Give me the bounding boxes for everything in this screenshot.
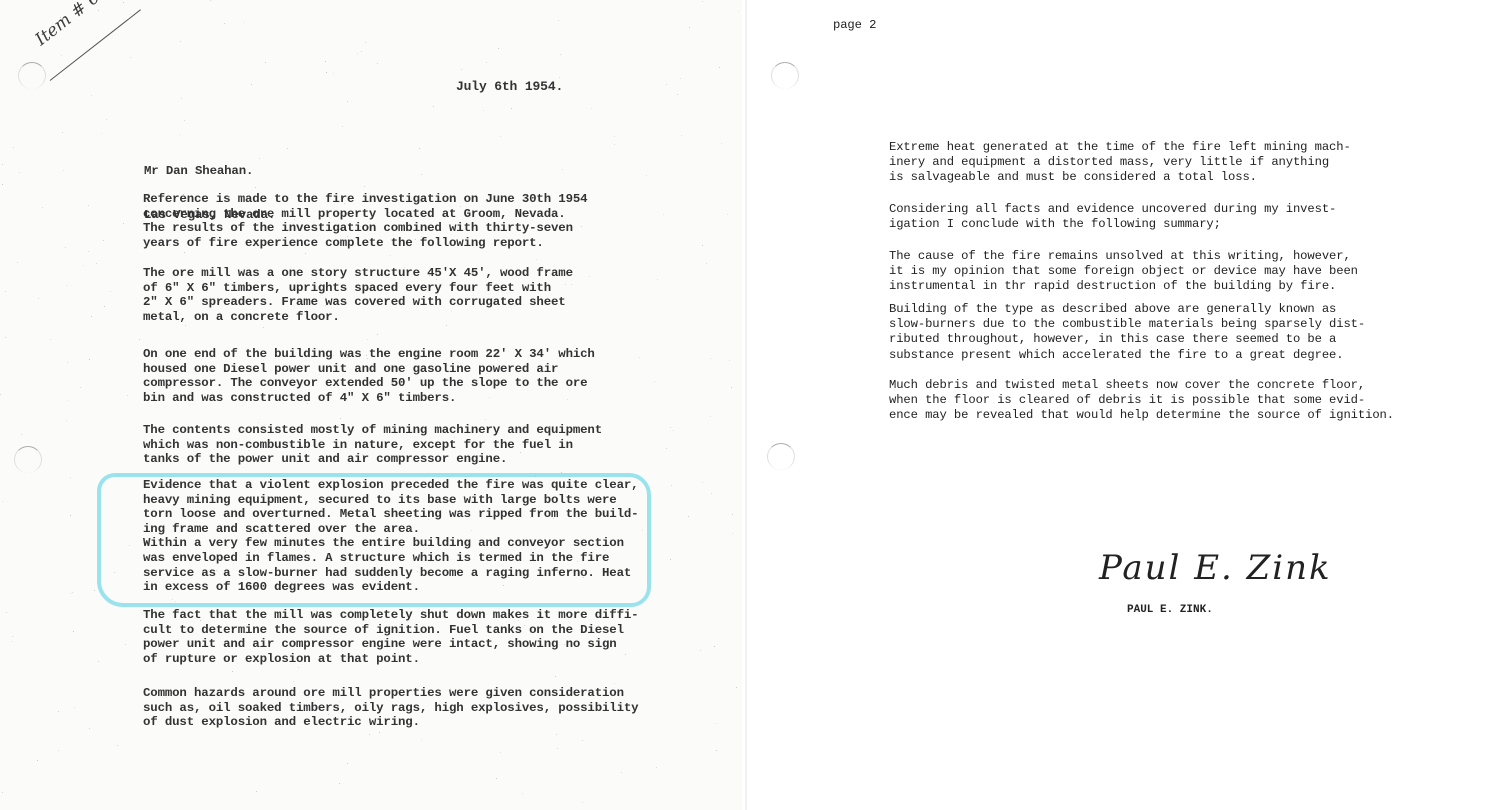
photocopy-speck <box>736 687 737 688</box>
photocopy-speck <box>370 512 371 513</box>
photocopy-speck <box>522 793 523 794</box>
photocopy-speck <box>364 186 365 187</box>
photocopy-speck <box>681 135 682 136</box>
photocopy-speck <box>518 620 519 621</box>
photocopy-speck <box>535 476 536 477</box>
photocopy-speck <box>451 311 452 312</box>
text-line: of dust explosion and electric wiring. <box>143 715 638 730</box>
photocopy-speck <box>721 143 722 144</box>
photocopy-speck <box>714 646 715 647</box>
photocopy-speck <box>357 53 358 54</box>
text-line: metal, on a concrete floor. <box>143 310 573 325</box>
photocopy-speck <box>180 41 181 42</box>
letter-page-1: Item # 6 July 6th 1954. Mr Dan Sheahan. … <box>0 0 742 810</box>
photocopy-speck <box>189 498 190 499</box>
photocopy-speck <box>263 327 264 328</box>
photocopy-speck <box>367 339 368 340</box>
handwritten-item-note: Item # 6 <box>32 0 104 50</box>
photocopy-speck <box>173 544 174 545</box>
photocopy-speck <box>492 570 493 571</box>
photocopy-speck <box>125 644 126 645</box>
photocopy-speck <box>177 585 178 586</box>
photocopy-speck <box>556 734 557 735</box>
photocopy-speck <box>265 62 266 63</box>
photocopy-speck <box>577 561 578 562</box>
photocopy-speck <box>558 20 559 21</box>
photocopy-speck <box>170 239 171 240</box>
photocopy-speck <box>673 430 674 431</box>
photocopy-speck <box>61 55 62 56</box>
photocopy-speck <box>66 420 67 421</box>
photocopy-speck <box>340 418 341 419</box>
text-line: 2" X 6" spreaders. Frame was covered wit… <box>143 295 573 310</box>
photocopy-speck <box>210 0 211 1</box>
photocopy-speck <box>80 387 81 388</box>
typed-signature-name: PAUL E. ZINK. <box>1127 604 1213 616</box>
text-line: ence may be revealed that would help det… <box>889 408 1394 423</box>
photocopy-speck <box>184 252 185 253</box>
photocopy-speck <box>560 54 561 55</box>
photocopy-speck <box>204 285 205 286</box>
photocopy-speck <box>103 240 104 241</box>
photocopy-speck <box>485 419 486 420</box>
photocopy-speck <box>259 158 260 159</box>
photocopy-speck <box>410 528 411 529</box>
photocopy-speck <box>70 477 71 478</box>
photocopy-speck <box>496 778 497 779</box>
photocopy-speck <box>414 394 415 395</box>
photocopy-speck <box>70 593 71 594</box>
photocopy-speck <box>719 67 720 68</box>
paragraph: Common hazards around ore mill propertie… <box>143 686 638 730</box>
photocopy-speck <box>347 357 348 358</box>
photocopy-speck <box>508 481 509 482</box>
photocopy-speck <box>421 236 422 237</box>
photocopy-speck <box>91 316 92 317</box>
photocopy-speck <box>347 101 348 102</box>
text-line: substance present which accelerated the … <box>889 348 1365 363</box>
photocopy-speck <box>671 485 672 486</box>
photocopy-speck <box>214 501 215 502</box>
photocopy-speck <box>702 245 703 246</box>
photocopy-speck <box>347 763 348 764</box>
photocopy-speck <box>307 403 308 404</box>
photocopy-speck <box>621 772 622 773</box>
photocopy-speck <box>229 498 230 499</box>
photocopy-speck <box>62 132 63 133</box>
photocopy-speck <box>614 144 615 145</box>
text-line: igation I conclude with the following su… <box>889 217 1336 232</box>
photocopy-speck <box>348 433 349 434</box>
photocopy-speck <box>308 724 309 725</box>
photocopy-speck <box>38 298 39 299</box>
text-line: tanks of the power unit and air compress… <box>143 452 602 467</box>
text-line: Considering all facts and evidence uncov… <box>889 202 1336 217</box>
photocopy-speck <box>656 767 657 768</box>
paragraph: Considering all facts and evidence uncov… <box>889 202 1336 232</box>
photocopy-speck <box>50 339 51 340</box>
paragraph: The contents consisted mostly of mining … <box>143 423 602 467</box>
photocopy-speck <box>98 10 99 11</box>
photocopy-speck <box>66 285 67 286</box>
photocopy-speck <box>159 318 160 319</box>
photocopy-speck <box>88 205 89 206</box>
photocopy-speck <box>73 631 74 632</box>
photocopy-speck <box>402 547 403 548</box>
photocopy-speck <box>101 133 102 134</box>
photocopy-speck <box>339 783 340 784</box>
text-line: inery and equipment a distorted mass, ve… <box>889 155 1351 170</box>
text-line: is salvageable and must be considered a … <box>889 170 1351 185</box>
text-line: years of fire experience complete the fo… <box>143 236 587 251</box>
photocopy-speck <box>328 714 329 715</box>
photocopy-speck <box>258 422 259 423</box>
photocopy-speck <box>538 83 539 84</box>
photocopy-speck <box>702 1 703 2</box>
photocopy-speck <box>200 620 201 621</box>
photocopy-speck <box>555 633 556 634</box>
photocopy-speck <box>12 636 13 637</box>
photocopy-speck <box>123 223 124 224</box>
photocopy-speck <box>5 337 6 338</box>
text-line: Common hazards around ore mill propertie… <box>143 686 638 701</box>
photocopy-speck <box>716 750 717 751</box>
photocopy-speck <box>189 501 190 502</box>
photocopy-speck <box>466 300 467 301</box>
photocopy-speck <box>520 452 521 453</box>
photocopy-speck <box>127 395 128 396</box>
photocopy-speck <box>104 306 105 307</box>
photocopy-speck <box>248 450 249 451</box>
text-line: of 6" X 6" timbers, uprights spaced ever… <box>143 281 573 296</box>
photocopy-speck <box>63 170 64 171</box>
photocopy-speck <box>0 394 1 395</box>
text-line: Extreme heat generated at the time of th… <box>889 140 1351 155</box>
photocopy-speck <box>486 62 487 63</box>
photocopy-speck <box>417 571 418 572</box>
photocopy-speck <box>333 355 334 356</box>
photocopy-speck <box>545 216 546 217</box>
photocopy-speck <box>553 518 554 519</box>
photocopy-speck <box>17 262 18 263</box>
photocopy-speck <box>548 369 549 370</box>
photocopy-speck <box>565 284 566 285</box>
photocopy-speck <box>37 760 38 761</box>
text-line: compressor. The conveyor extended 50' up… <box>143 376 595 391</box>
photocopy-speck <box>429 275 430 276</box>
photocopy-speck <box>362 454 363 455</box>
photocopy-speck <box>471 530 472 531</box>
photocopy-speck <box>216 570 217 571</box>
photocopy-speck <box>114 572 115 573</box>
photocopy-speck <box>654 381 655 382</box>
photocopy-speck <box>224 23 225 24</box>
photocopy-speck <box>511 108 512 109</box>
text-line: The fact that the mill was completely sh… <box>143 608 638 623</box>
photocopy-speck <box>255 187 256 188</box>
photocopy-speck <box>670 427 671 428</box>
photocopy-speck <box>256 791 257 792</box>
highlight-marker-outline <box>97 473 651 607</box>
photocopy-speck <box>98 661 99 662</box>
photocopy-speck <box>732 533 733 534</box>
paragraph: Extreme heat generated at the time of th… <box>889 140 1351 186</box>
photocopy-speck <box>184 120 185 121</box>
photocopy-speck <box>461 69 462 70</box>
photocopy-speck <box>305 253 306 254</box>
photocopy-speck <box>89 359 90 360</box>
photocopy-speck <box>11 641 12 642</box>
photocopy-speck <box>589 276 590 277</box>
photocopy-speck <box>2 164 3 165</box>
photocopy-speck <box>559 77 560 78</box>
photocopy-speck <box>365 42 366 43</box>
punch-hole-mark <box>771 62 799 89</box>
photocopy-speck <box>727 214 728 215</box>
photocopy-speck <box>489 397 490 398</box>
photocopy-speck <box>293 681 294 682</box>
paragraph: Reference is made to the fire investigat… <box>143 192 587 250</box>
photocopy-speck <box>293 708 294 709</box>
photocopy-speck <box>110 291 111 292</box>
photocopy-speck <box>454 437 455 438</box>
photocopy-speck <box>711 493 712 494</box>
photocopy-speck <box>680 78 681 79</box>
photocopy-speck <box>581 226 582 227</box>
photocopy-speck <box>96 263 97 264</box>
photocopy-speck <box>657 279 658 280</box>
photocopy-speck <box>58 750 59 751</box>
photocopy-speck <box>6 612 7 613</box>
text-line: Reference is made to the fire investigat… <box>143 192 587 207</box>
photocopy-speck <box>562 169 563 170</box>
photocopy-speck <box>498 48 499 49</box>
photocopy-speck <box>738 11 739 12</box>
photocopy-speck <box>244 22 245 23</box>
photocopy-speck <box>106 119 107 120</box>
photocopy-speck <box>89 728 90 729</box>
text-line: when the floor is cleared of debris it i… <box>889 393 1394 408</box>
photocopy-speck <box>169 244 170 245</box>
text-line: The results of the investigation combine… <box>143 221 587 236</box>
photocopy-speck <box>689 27 690 28</box>
photocopy-speck <box>175 601 176 602</box>
photocopy-speck <box>639 357 640 358</box>
photocopy-speck <box>179 134 180 135</box>
text-line: such as, oil soaked timbers, oily rags, … <box>143 701 638 716</box>
photocopy-speck <box>181 98 182 99</box>
photocopy-speck <box>294 219 295 220</box>
photocopy-speck <box>305 551 306 552</box>
photocopy-speck <box>306 310 307 311</box>
photocopy-speck <box>436 279 437 280</box>
photocopy-speck <box>524 625 525 626</box>
text-line: housed one Diesel power unit and one gas… <box>143 362 595 377</box>
letter-date: July 6th 1954. <box>456 80 563 95</box>
photocopy-speck <box>394 427 395 428</box>
text-line: The cause of the fire remains unsolved a… <box>889 249 1358 264</box>
photocopy-speck <box>352 587 353 588</box>
photocopy-speck <box>129 545 130 546</box>
photocopy-speck <box>60 17 61 18</box>
photocopy-speck <box>583 577 584 578</box>
photocopy-speck <box>2 184 3 185</box>
photocopy-speck <box>710 416 711 417</box>
photocopy-speck <box>428 519 429 520</box>
text-line: ributed throughout, however, in this cas… <box>889 332 1365 347</box>
photocopy-speck <box>83 265 84 266</box>
photocopy-speck <box>504 572 505 573</box>
photocopy-speck <box>503 585 504 586</box>
photocopy-speck <box>347 236 348 237</box>
photocopy-speck <box>42 207 43 208</box>
photocopy-speck <box>614 136 615 137</box>
photocopy-speck <box>344 203 345 204</box>
photocopy-speck <box>500 136 501 137</box>
photocopy-speck <box>13 147 14 148</box>
punch-hole-mark <box>767 443 795 470</box>
photocopy-speck <box>19 172 20 173</box>
photocopy-speck <box>530 517 531 518</box>
photocopy-speck <box>702 482 703 483</box>
photocopy-speck <box>549 427 550 428</box>
photocopy-speck <box>700 650 701 651</box>
photocopy-speck <box>337 706 338 707</box>
photocopy-speck <box>58 711 59 712</box>
photocopy-speck <box>419 148 420 149</box>
photocopy-speck <box>582 740 583 741</box>
photocopy-speck <box>123 2 124 3</box>
photocopy-speck <box>304 230 305 231</box>
photocopy-speck <box>65 247 66 248</box>
photocopy-speck <box>390 255 391 256</box>
paragraph: On one end of the building was the engin… <box>143 347 595 405</box>
photocopy-speck <box>361 51 362 52</box>
photocopy-speck <box>567 399 568 400</box>
photocopy-speck <box>497 289 498 290</box>
paragraph: Much debris and twisted metal sheets now… <box>889 378 1394 424</box>
photocopy-speck <box>70 515 71 516</box>
text-line: cult to determine the source of ignition… <box>143 623 638 638</box>
punch-hole-mark <box>18 62 46 89</box>
photocopy-speck <box>460 206 461 207</box>
photocopy-speck <box>251 84 252 85</box>
photocopy-speck <box>2 792 3 793</box>
photocopy-speck <box>2 501 3 502</box>
photocopy-speck <box>536 259 537 260</box>
photocopy-speck <box>446 325 447 326</box>
photocopy-speck <box>415 239 416 240</box>
text-line: Much debris and twisted metal sheets now… <box>889 378 1394 393</box>
text-line: Building of the type as described above … <box>889 302 1365 317</box>
photocopy-speck <box>262 533 263 534</box>
photocopy-speck <box>546 273 547 274</box>
photocopy-speck <box>625 654 626 655</box>
photocopy-speck <box>340 701 341 702</box>
page-number-label: page 2 <box>833 18 876 33</box>
photocopy-speck <box>360 226 361 227</box>
photocopy-speck <box>67 362 68 363</box>
photocopy-speck <box>564 644 565 645</box>
photocopy-speck <box>167 458 168 459</box>
photocopy-speck <box>591 108 592 109</box>
photocopy-speck <box>421 740 422 741</box>
photocopy-speck <box>716 723 717 724</box>
photocopy-speck <box>642 530 643 531</box>
photocopy-speck <box>483 110 484 111</box>
recipient-name: Mr Dan Sheahan. <box>144 164 275 179</box>
photocopy-speck <box>663 214 664 215</box>
text-line: On one end of the building was the engin… <box>143 347 595 362</box>
photocopy-speck <box>666 84 667 85</box>
photocopy-speck <box>366 355 367 356</box>
photocopy-speck <box>729 360 730 361</box>
photocopy-speck <box>173 199 174 200</box>
photocopy-speck <box>404 267 405 268</box>
photocopy-speck <box>5 291 6 292</box>
text-line: slow-burners due to the combustible mate… <box>889 317 1365 332</box>
photocopy-speck <box>91 95 92 96</box>
text-line: of rupture or explosion at that point. <box>143 652 638 667</box>
photocopy-speck <box>369 734 370 735</box>
photocopy-speck <box>326 72 327 73</box>
text-line: instrumental in thr rapid destruction of… <box>889 279 1358 294</box>
photocopy-speck <box>557 748 558 749</box>
photocopy-speck <box>555 676 556 677</box>
photocopy-speck <box>710 358 711 359</box>
photocopy-speck <box>379 732 380 733</box>
photocopy-speck <box>706 263 707 264</box>
text-line: The contents consisted mostly of mining … <box>143 423 602 438</box>
photocopy-speck <box>584 573 585 574</box>
photocopy-speck <box>74 707 75 708</box>
photocopy-speck <box>139 339 140 340</box>
photocopy-speck <box>117 745 118 746</box>
photocopy-speck <box>333 73 334 74</box>
photocopy-speck <box>165 315 166 316</box>
handwritten-signature: Paul E. Zink <box>1099 548 1332 588</box>
photocopy-speck <box>732 514 733 515</box>
photocopy-speck <box>325 305 326 306</box>
photocopy-speck <box>325 61 326 62</box>
photocopy-speck <box>571 284 572 285</box>
paragraph: The fact that the mill was completely sh… <box>143 608 638 666</box>
photocopy-speck <box>21 434 22 435</box>
photocopy-speck <box>488 704 489 705</box>
photocopy-speck <box>677 94 678 95</box>
photocopy-speck <box>666 448 667 449</box>
text-line: The ore mill was a one story structure 4… <box>143 266 573 281</box>
paragraph: The cause of the fire remains unsolved a… <box>889 249 1358 295</box>
text-line: concerning the ore mill property located… <box>143 207 587 222</box>
photocopy-speck <box>731 387 732 388</box>
photocopy-speck <box>180 359 181 360</box>
photocopy-speck <box>373 646 374 647</box>
photocopy-speck <box>228 196 229 197</box>
photocopy-speck <box>72 592 73 593</box>
photocopy-speck <box>377 334 378 335</box>
photocopy-speck <box>377 63 378 64</box>
text-line: bin and was constructed of 4" X 6" timbe… <box>143 391 595 406</box>
photocopy-speck <box>342 126 343 127</box>
photocopy-speck <box>172 599 173 600</box>
photocopy-speck <box>688 516 689 517</box>
photocopy-speck <box>582 802 583 803</box>
photocopy-speck <box>130 57 131 58</box>
photocopy-speck <box>367 358 368 359</box>
photocopy-speck <box>232 671 233 672</box>
photocopy-speck <box>287 148 288 149</box>
